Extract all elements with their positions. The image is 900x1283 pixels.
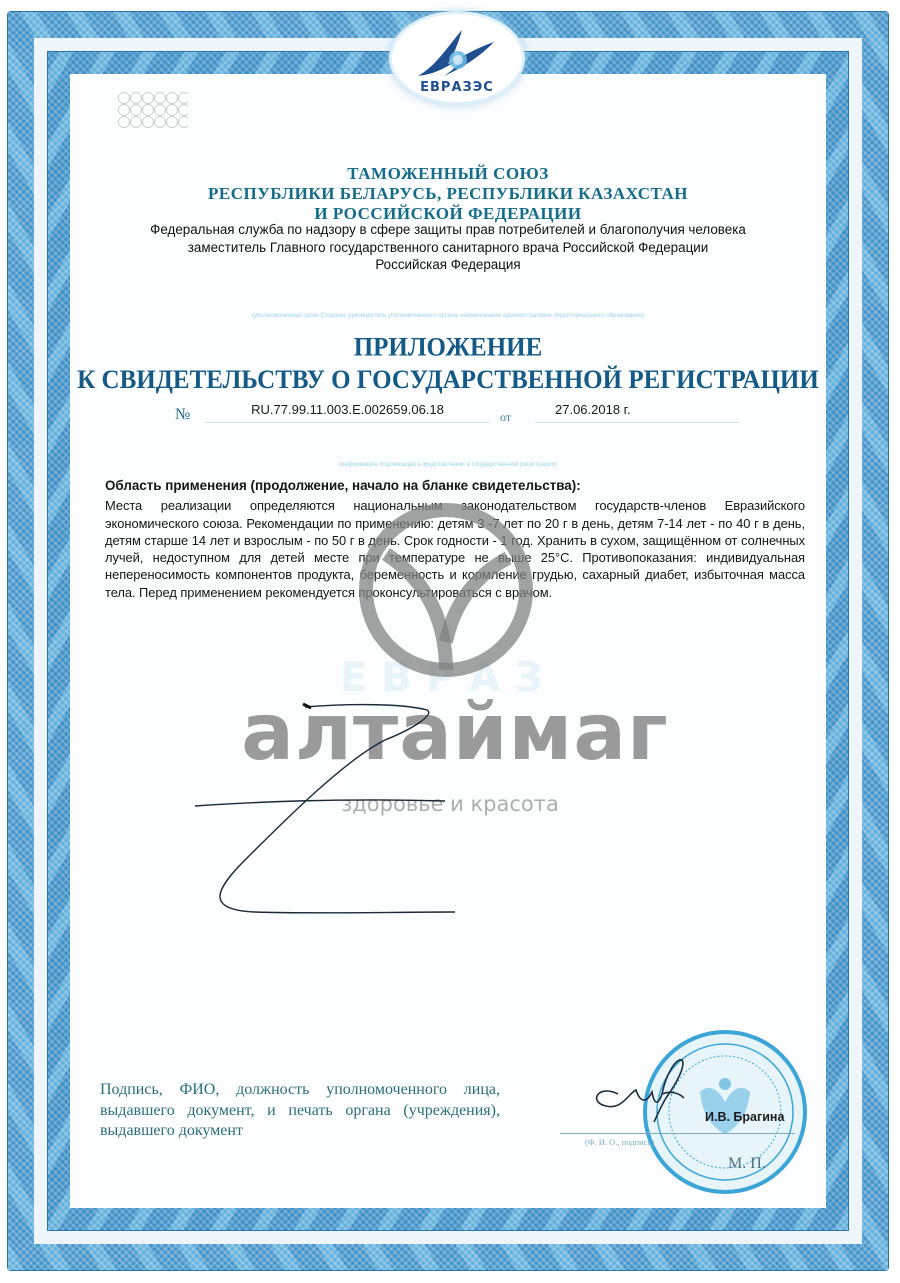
signer-name: И.В. Брагина: [705, 1110, 784, 1124]
emblem-label: ЕВРАЗЭС: [392, 80, 522, 95]
registration-line: № RU.77.99.11.003.E.002659.06.18 от 27.0…: [175, 400, 735, 426]
title-line-2: К СВИДЕТЕЛЬСТВУ О ГОСУДАРСТВЕННОЙ РЕГИСТ…: [70, 364, 826, 397]
number-label: №: [175, 406, 190, 424]
scope-text: Места реализации определяются национальн…: [105, 497, 805, 601]
handwritten-signature-icon: [588, 1054, 698, 1124]
union-line: РЕСПУБЛИКИ БЕЛАРУСЬ, РЕСПУБЛИКИ КАЗАХСТА…: [70, 184, 826, 204]
date-label: от: [500, 410, 511, 425]
customs-union-heading: ТАМОЖЕННЫЙ СОЮЗ РЕСПУБЛИКИ БЕЛАРУСЬ, РЕС…: [70, 164, 826, 224]
guilloche-pattern: [118, 92, 188, 128]
document-title: ПРИЛОЖЕНИЕ К СВИДЕТЕЛЬСТВУ О ГОСУДАРСТВЕ…: [70, 331, 826, 396]
issuing-agency: Федеральная служба по надзору в сфере за…: [70, 221, 826, 274]
signature-line: [560, 1133, 795, 1134]
emblem: ЕВРАЗЭС: [392, 14, 522, 102]
eurasec-emblem-icon: [414, 26, 500, 82]
agency-line: заместитель Главного государственного са…: [70, 239, 826, 257]
application-scope: Область применения (продолжение, начало …: [105, 477, 805, 601]
signature-label: Подпись, ФИО, должность уполномоченного …: [100, 1080, 500, 1142]
authority-caption: (уполномоченный орган Стороны, руководит…: [70, 313, 826, 319]
title-line-1: ПРИЛОЖЕНИЕ: [70, 331, 826, 364]
scope-heading: Область применения (продолжение, начало …: [105, 477, 805, 494]
registration-number: RU.77.99.11.003.E.002659.06.18: [205, 402, 490, 423]
agency-line: Федеральная служба по надзору в сфере за…: [70, 221, 826, 239]
fio-caption: (Ф. И. О., подпись): [585, 1137, 654, 1147]
registration-date: 27.06.2018 г.: [535, 402, 740, 423]
info-caption: (информация, подлежащая к представлению …: [70, 462, 826, 468]
seal-place-label: М. П.: [728, 1155, 766, 1173]
agency-line: Российская Федерация: [70, 256, 826, 274]
union-line: ТАМОЖЕННЫЙ СОЮЗ: [70, 164, 826, 184]
z-cancellation-mark-icon: [195, 700, 495, 920]
